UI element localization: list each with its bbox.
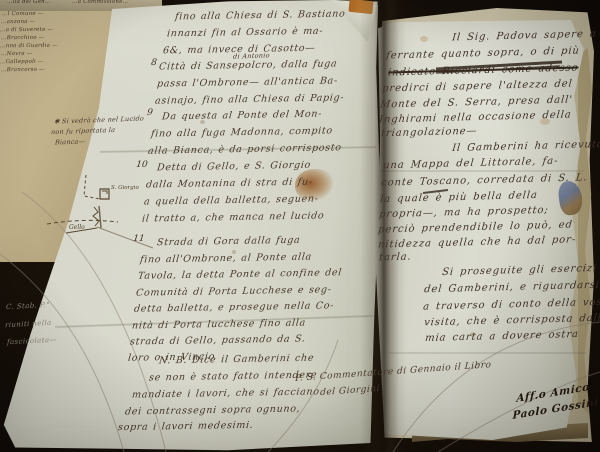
item-number: 10 <box>136 161 148 170</box>
index-entry: …l Comune — <box>2 12 44 18</box>
manuscript-photo: …lla del Gen… …a Commissione… …l Comune … <box>0 0 600 452</box>
item-number: 8 <box>151 59 158 68</box>
item-number: 11 <box>133 235 145 244</box>
top-paper-fragment: …lla del Gen… <box>7 0 51 6</box>
index-entry: …anzana — <box>1 20 35 26</box>
index-entry: …a di Suvereto — <box>0 28 53 34</box>
margin-note-line: Bianca— <box>55 138 86 146</box>
manuscript-line: 6&, ma invece di Casotto— <box>163 44 316 56</box>
para-line: tarla. <box>379 253 412 264</box>
index-entry: …Brancorso — <box>1 68 45 74</box>
sketch-label-road: Gello <box>69 225 85 231</box>
sketch-label-church: S. Giorgio <box>111 186 139 192</box>
index-entry: …nna di Guardia — <box>0 44 58 50</box>
manuscript-line: innanzi fin al Ossario è ma- <box>167 27 324 39</box>
nb-line: sopra i lavori medesimi. <box>118 421 254 433</box>
foxing-spot <box>420 36 428 42</box>
item-number: 9 <box>147 109 154 118</box>
manuscript-line: Strada di Gora dalla fuga <box>157 236 301 248</box>
index-entry: …Bracchino — <box>1 36 44 42</box>
binding-label-fragment <box>348 0 373 14</box>
index-entry: …Novra — <box>1 52 33 58</box>
index-entry: …Galleppoli — <box>0 60 44 66</box>
nb-line: N. B. Dice il Gamberini che <box>159 354 315 366</box>
manuscript-line: Detta di Gello, e S. Giorgio <box>157 161 312 173</box>
top-paper-fragment: …a Commissione… <box>72 0 128 6</box>
